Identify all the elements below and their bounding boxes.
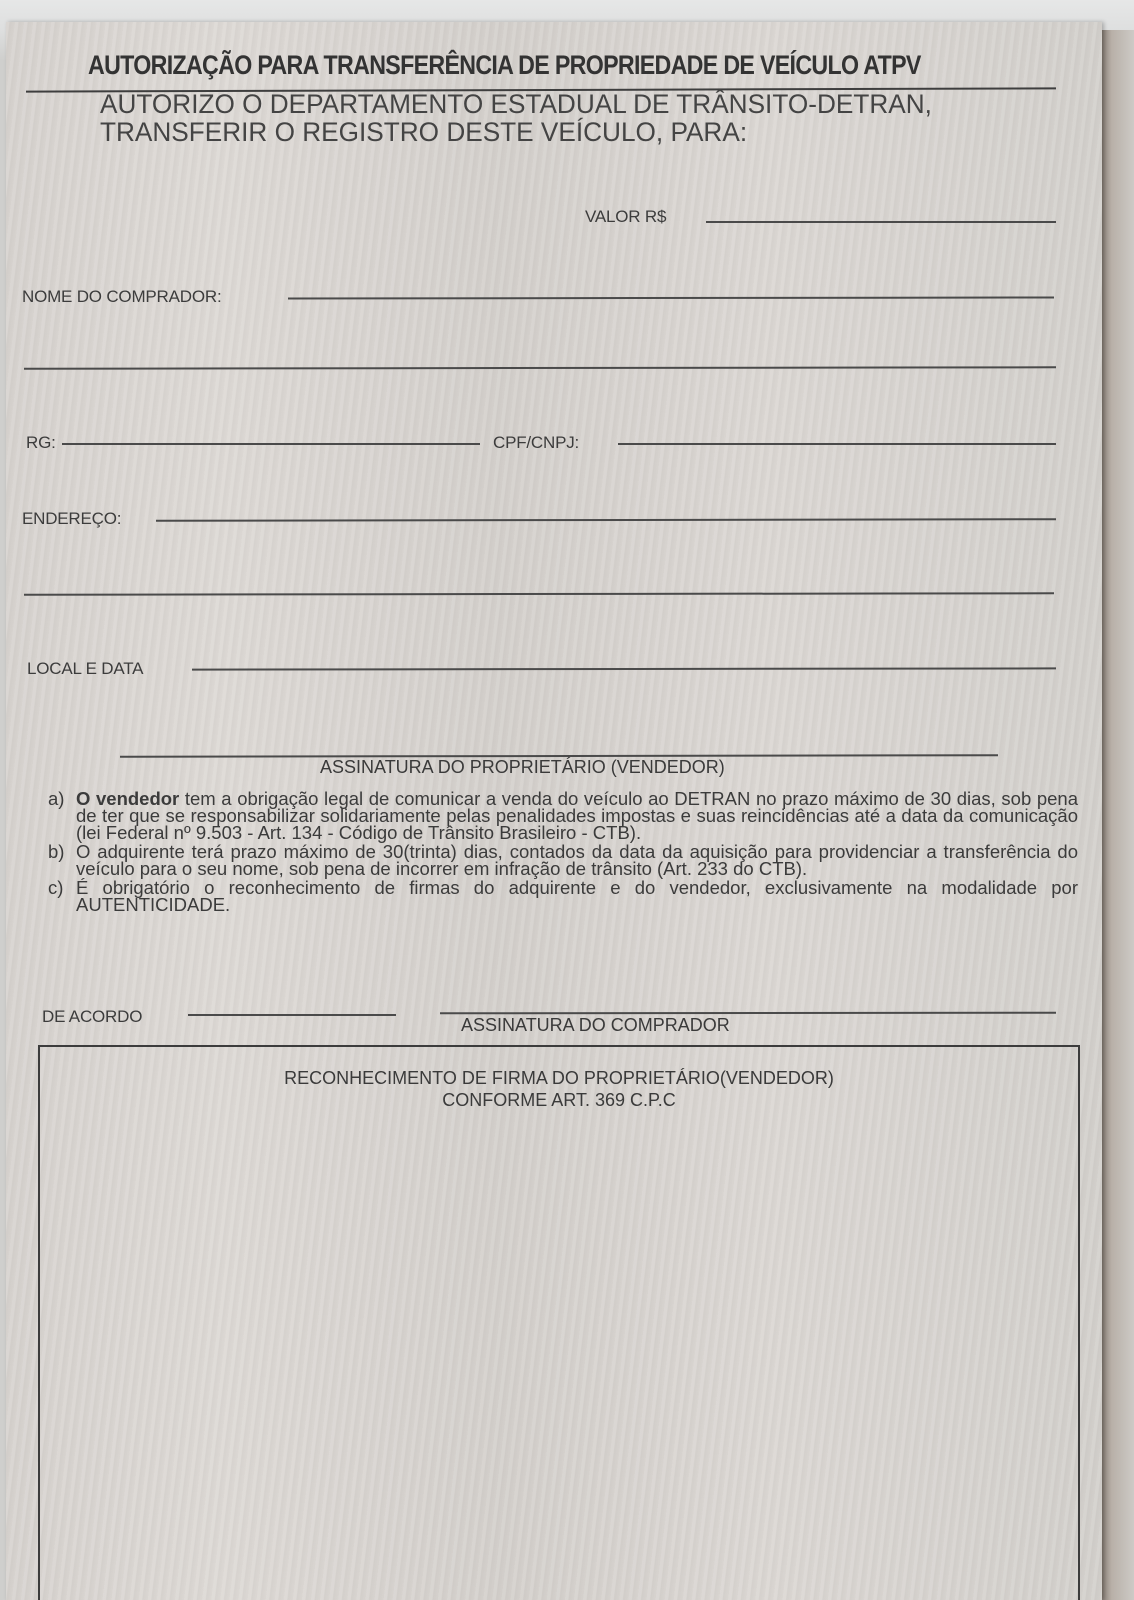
buyer-signature-caption: ASSINATURA DO COMPRADOR (461, 1015, 730, 1036)
cpf-cnpj-field[interactable] (622, 425, 1052, 445)
note-b: b) O adquirente terá prazo máximo de 30(… (48, 843, 1078, 877)
note-b-text: O adquirente terá prazo máximo de 30(tri… (76, 841, 1078, 879)
de-acordo-label: DE ACORDO (42, 1007, 142, 1027)
note-a-marker: a) (48, 790, 64, 807)
valor-label: VALOR R$ (585, 207, 666, 227)
note-c: c) É obrigatório o reconhecimento de fir… (48, 879, 1078, 913)
de-acordo-line[interactable] (188, 1014, 396, 1016)
legal-notes: a) O vendedor tem a obrigação legal de c… (48, 790, 1078, 915)
notary-recognition-box: RECONHECIMENTO DE FIRMA DO PROPRIETÁRIO(… (38, 1045, 1080, 1600)
rg-label: RG: (26, 433, 56, 453)
valor-field[interactable] (710, 202, 1054, 222)
seller-signature-caption: ASSINATURA DO PROPRIETÁRIO (VENDEDOR) (320, 757, 725, 778)
rg-line (62, 443, 480, 445)
note-c-text: É obrigatório o reconhecimento de firmas… (76, 877, 1078, 915)
note-b-marker: b) (48, 843, 64, 860)
address-label: ENDEREÇO: (22, 509, 121, 529)
form-title: AUTORIZAÇÃO PARA TRANSFERÊNCIA DE PROPRI… (88, 50, 921, 81)
note-a-text: tem a obrigação legal de comunicar a ven… (76, 788, 1078, 843)
authorization-statement: AUTORIZO O DEPARTAMENTO ESTADUAL DE TRÂN… (100, 90, 932, 146)
notary-title-line-2: CONFORME ART. 369 C.P.C (40, 1089, 1078, 1111)
note-c-marker: c) (48, 879, 63, 896)
address-field[interactable] (160, 500, 1050, 520)
buyer-name-label: NOME DO COMPRADOR: (22, 287, 221, 307)
rg-field[interactable] (66, 425, 476, 445)
note-a: a) O vendedor tem a obrigação legal de c… (48, 790, 1078, 841)
valor-line (706, 221, 1056, 223)
place-date-label: LOCAL E DATA (27, 659, 143, 679)
cpf-cnpj-line (618, 443, 1056, 445)
authorization-line-1: AUTORIZO O DEPARTAMENTO ESTADUAL DE TRÂN… (100, 90, 932, 118)
authorization-line-2: TRANSFERIR O REGISTRO DESTE VEÍCULO, PAR… (100, 118, 932, 146)
cpf-cnpj-label: CPF/CNPJ: (493, 433, 579, 453)
table-shadow (1102, 30, 1134, 1600)
notary-title-line-1: RECONHECIMENTO DE FIRMA DO PROPRIETÁRIO(… (40, 1067, 1078, 1089)
